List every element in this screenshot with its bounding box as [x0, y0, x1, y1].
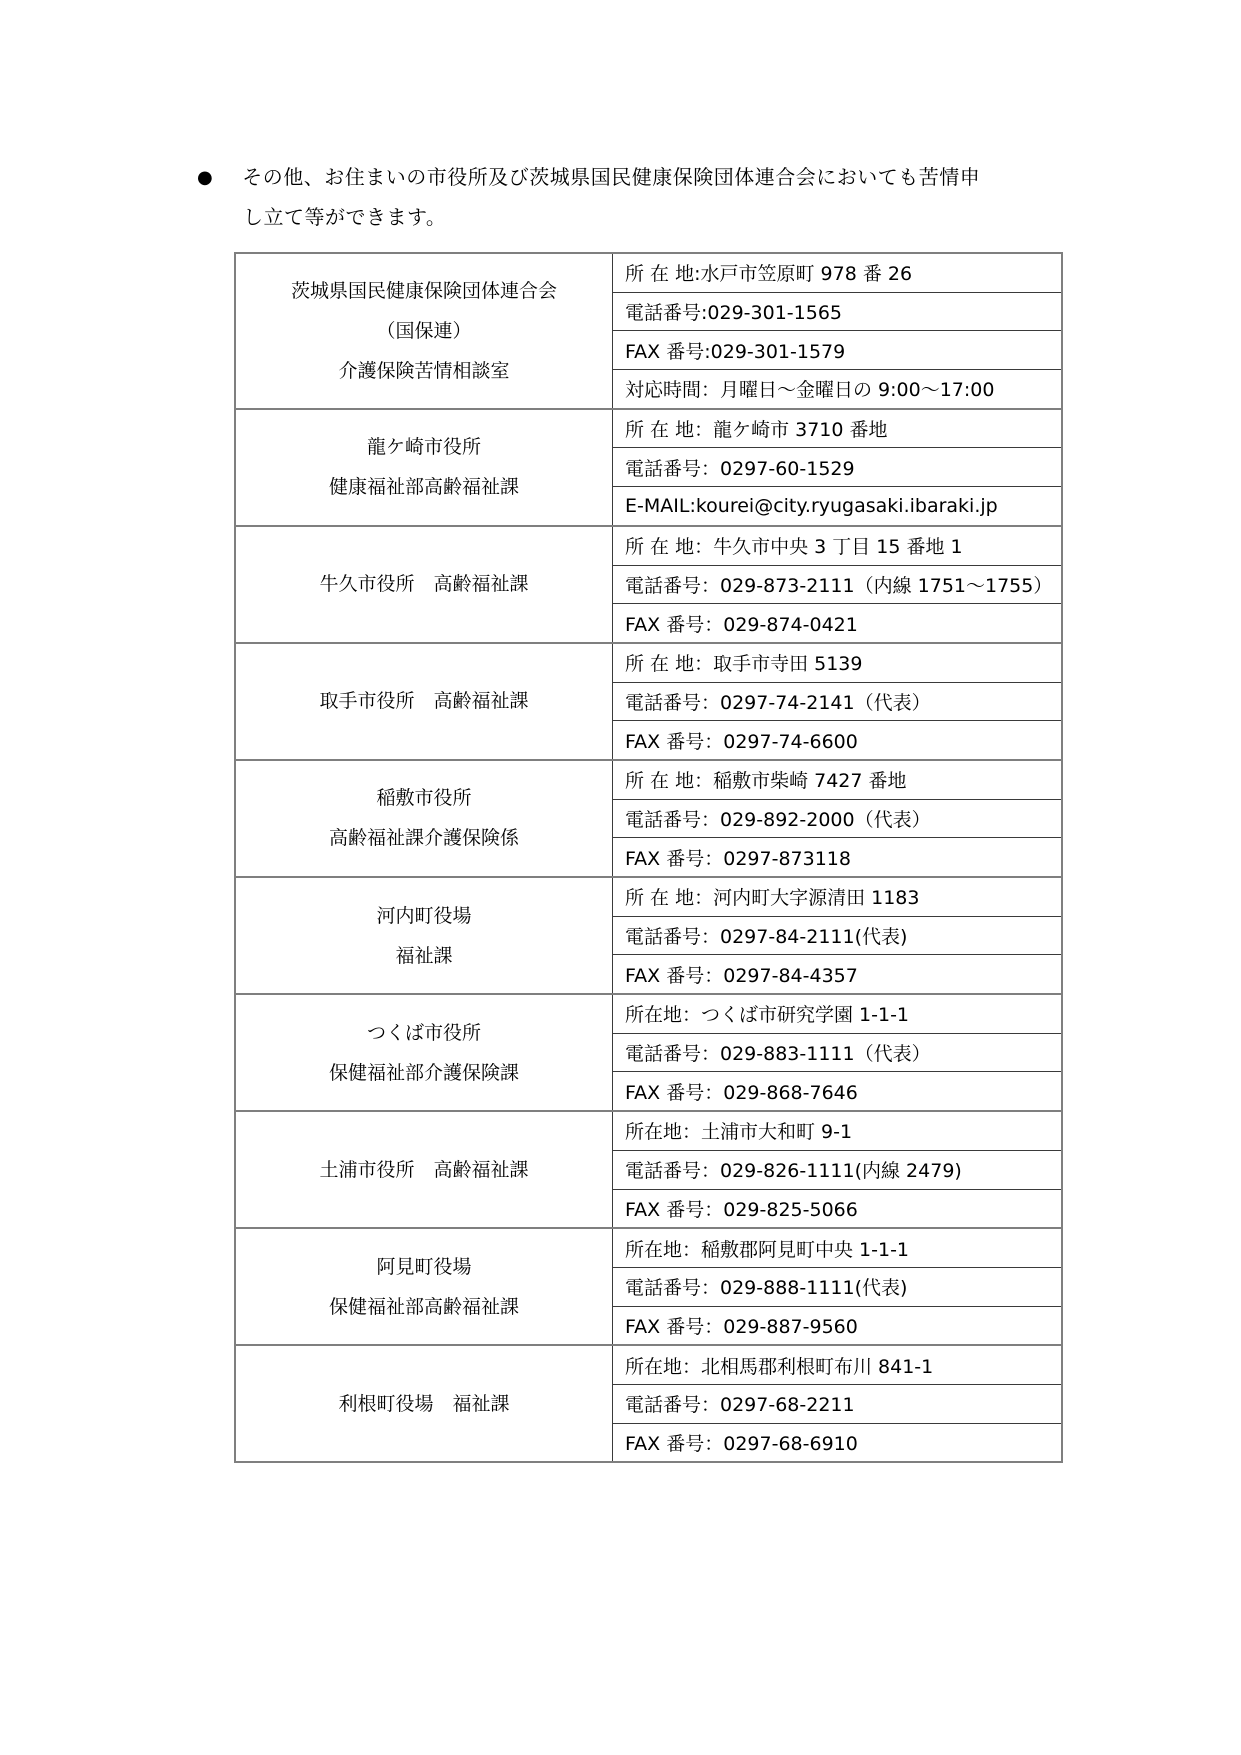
table-block: つくば市役所保健福祉部介護保険課所在地：つくば市研究学園 1-1-1電話番号：0… — [236, 993, 1061, 1110]
detail-row: 電話番号：029-892-2000（代表） — [613, 799, 1061, 838]
org-cell: 取手市役所 高齢福祉課 — [236, 644, 613, 759]
org-name: 福祉課 — [395, 936, 452, 976]
org-cell: 河内町役場福祉課 — [236, 878, 613, 993]
intro-line1-wrap: ● その他、お住まいの市役所及び茨城県国民健康保険団体連合会においても苦情申 — [197, 158, 1177, 198]
detail-row: 電話番号：029-826-1111(内線 2479) — [613, 1150, 1061, 1189]
detail-row: 電話番号：0297-74-2141（代表） — [613, 682, 1061, 721]
detail-row: FAX 番号：029-868-7646 — [613, 1071, 1061, 1110]
detail-row: FAX 番号:029-301-1579 — [613, 330, 1061, 369]
table-block: 阿見町役場保健福祉部高齢福祉課所在地：稲敷郡阿見町中央 1-1-1電話番号：02… — [236, 1227, 1061, 1344]
table-block: 稲敷市役所高齢福祉課介護保険係所 在 地：稲敷市柴崎 7427 番地電話番号：0… — [236, 759, 1061, 876]
detail-row: 所 在 地：取手市寺田 5139 — [613, 644, 1061, 682]
org-cell: 稲敷市役所高齢福祉課介護保険係 — [236, 761, 613, 876]
org-name: 取手市役所 高齢福祉課 — [319, 681, 528, 721]
org-name: 保健福祉部高齢福祉課 — [329, 1287, 519, 1327]
detail-row: 電話番号：029-873-2111（内線 1751～1755） — [613, 565, 1061, 604]
org-name: 保健福祉部介護保険課 — [329, 1053, 519, 1093]
table-block: 牛久市役所 高齢福祉課所 在 地：牛久市中央 3 丁目 15 番地 1電話番号：… — [236, 525, 1061, 642]
detail-row: 所 在 地：牛久市中央 3 丁目 15 番地 1 — [613, 527, 1061, 565]
detail-row: 所 在 地：稲敷市柴崎 7427 番地 — [613, 761, 1061, 799]
detail-row: 電話番号:029-301-1565 — [613, 292, 1061, 331]
detail-rows: 所 在 地：河内町大字源清田 1183電話番号：0297-84-2111(代表)… — [613, 878, 1061, 993]
org-name: 龍ケ崎市役所 — [367, 427, 481, 467]
detail-row: FAX 番号：0297-873118 — [613, 837, 1061, 876]
org-name: （国保連） — [376, 311, 471, 351]
table-block: 龍ケ崎市役所健康福祉部高齢福祉課所 在 地：龍ケ崎市 3710 番地電話番号：0… — [236, 408, 1061, 525]
detail-row: FAX 番号：029-825-5066 — [613, 1189, 1061, 1228]
detail-row: 対応時間：月曜日～金曜日の 9:00～17:00 — [613, 369, 1061, 408]
table-block: 取手市役所 高齢福祉課所 在 地：取手市寺田 5139電話番号：0297-74-… — [236, 642, 1061, 759]
detail-row: 所 在 地：河内町大字源清田 1183 — [613, 878, 1061, 916]
bullet-icon: ● — [197, 159, 213, 197]
detail-row: 電話番号：029-888-1111(代表) — [613, 1267, 1061, 1306]
detail-row: FAX 番号：029-887-9560 — [613, 1306, 1061, 1345]
detail-row: 所在地：稲敷郡阿見町中央 1-1-1 — [613, 1229, 1061, 1267]
detail-rows: 所 在 地：稲敷市柴崎 7427 番地電話番号：029-892-2000（代表）… — [613, 761, 1061, 876]
org-cell: 阿見町役場保健福祉部高齢福祉課 — [236, 1229, 613, 1344]
detail-row: 電話番号：029-883-1111（代表） — [613, 1033, 1061, 1072]
org-name: 牛久市役所 高齢福祉課 — [319, 564, 528, 604]
detail-rows: 所 在 地：龍ケ崎市 3710 番地電話番号：0297-60-1529E-MAI… — [613, 410, 1061, 525]
detail-rows: 所在地：つくば市研究学園 1-1-1電話番号：029-883-1111（代表）F… — [613, 995, 1061, 1110]
org-cell: 龍ケ崎市役所健康福祉部高齢福祉課 — [236, 410, 613, 525]
intro-line1: その他、お住まいの市役所及び茨城県国民健康保険団体連合会においても苦情申 — [242, 158, 980, 196]
org-name: 高齢福祉課介護保険係 — [329, 818, 519, 858]
detail-row: FAX 番号：0297-74-6600 — [613, 720, 1061, 759]
org-cell: 利根町役場 福祉課 — [236, 1346, 613, 1461]
org-cell: つくば市役所保健福祉部介護保険課 — [236, 995, 613, 1110]
detail-row: 所在地：つくば市研究学園 1-1-1 — [613, 995, 1061, 1033]
intro-paragraph: ● その他、お住まいの市役所及び茨城県国民健康保険団体連合会においても苦情申 し… — [197, 158, 1177, 236]
org-name: 介護保険苦情相談室 — [338, 351, 509, 391]
detail-row: FAX 番号：0297-68-6910 — [613, 1423, 1061, 1462]
detail-row: FAX 番号：029-874-0421 — [613, 603, 1061, 642]
org-name: 利根町役場 福祉課 — [338, 1384, 509, 1424]
detail-row: 所在地：北相馬郡利根町布川 841-1 — [613, 1346, 1061, 1384]
org-name: 健康福祉部高齢福祉課 — [329, 467, 519, 507]
detail-rows: 所在地：稲敷郡阿見町中央 1-1-1電話番号：029-888-1111(代表)F… — [613, 1229, 1061, 1344]
org-name: 河内町役場 — [376, 896, 471, 936]
detail-row: FAX 番号：0297-84-4357 — [613, 954, 1061, 993]
table-block: 茨城県国民健康保険団体連合会（国保連）介護保険苦情相談室所 在 地:水戸市笠原町… — [236, 254, 1061, 408]
detail-rows: 所在地：北相馬郡利根町布川 841-1電話番号：0297-68-2211FAX … — [613, 1346, 1061, 1461]
detail-row: 所 在 地：龍ケ崎市 3710 番地 — [613, 410, 1061, 448]
org-name: 土浦市役所 高齢福祉課 — [319, 1150, 528, 1190]
org-name: 茨城県国民健康保険団体連合会 — [291, 271, 557, 311]
detail-row: 電話番号：0297-84-2111(代表) — [613, 916, 1061, 955]
detail-rows: 所 在 地:水戸市笠原町 978 番 26電話番号:029-301-1565FA… — [613, 254, 1061, 408]
org-name: 稲敷市役所 — [376, 778, 471, 818]
detail-row: E-MAIL:kourei@city.ryugasaki.ibaraki.jp — [613, 486, 1061, 525]
contact-table: 茨城県国民健康保険団体連合会（国保連）介護保険苦情相談室所 在 地:水戸市笠原町… — [234, 252, 1063, 1463]
detail-rows: 所 在 地：牛久市中央 3 丁目 15 番地 1電話番号：029-873-211… — [613, 527, 1061, 642]
table-block: 土浦市役所 高齢福祉課所在地：土浦市大和町 9-1電話番号：029-826-11… — [236, 1110, 1061, 1227]
table-block: 利根町役場 福祉課所在地：北相馬郡利根町布川 841-1電話番号：0297-68… — [236, 1344, 1061, 1461]
table-block: 河内町役場福祉課所 在 地：河内町大字源清田 1183電話番号：0297-84-… — [236, 876, 1061, 993]
detail-row: 所 在 地:水戸市笠原町 978 番 26 — [613, 254, 1061, 292]
org-cell: 牛久市役所 高齢福祉課 — [236, 527, 613, 642]
org-name: つくば市役所 — [367, 1013, 481, 1053]
document-page: ● その他、お住まいの市役所及び茨城県国民健康保険団体連合会においても苦情申 し… — [0, 0, 1241, 1755]
org-cell: 土浦市役所 高齢福祉課 — [236, 1112, 613, 1227]
org-name: 阿見町役場 — [376, 1247, 471, 1287]
org-cell: 茨城県国民健康保険団体連合会（国保連）介護保険苦情相談室 — [236, 254, 613, 408]
detail-row: 所在地：土浦市大和町 9-1 — [613, 1112, 1061, 1150]
detail-rows: 所在地：土浦市大和町 9-1電話番号：029-826-1111(内線 2479)… — [613, 1112, 1061, 1227]
detail-row: 電話番号：0297-60-1529 — [613, 447, 1061, 486]
detail-rows: 所 在 地：取手市寺田 5139電話番号：0297-74-2141（代表）FAX… — [613, 644, 1061, 759]
intro-line2: し立て等ができます。 — [197, 198, 1177, 236]
detail-row: 電話番号：0297-68-2211 — [613, 1384, 1061, 1423]
